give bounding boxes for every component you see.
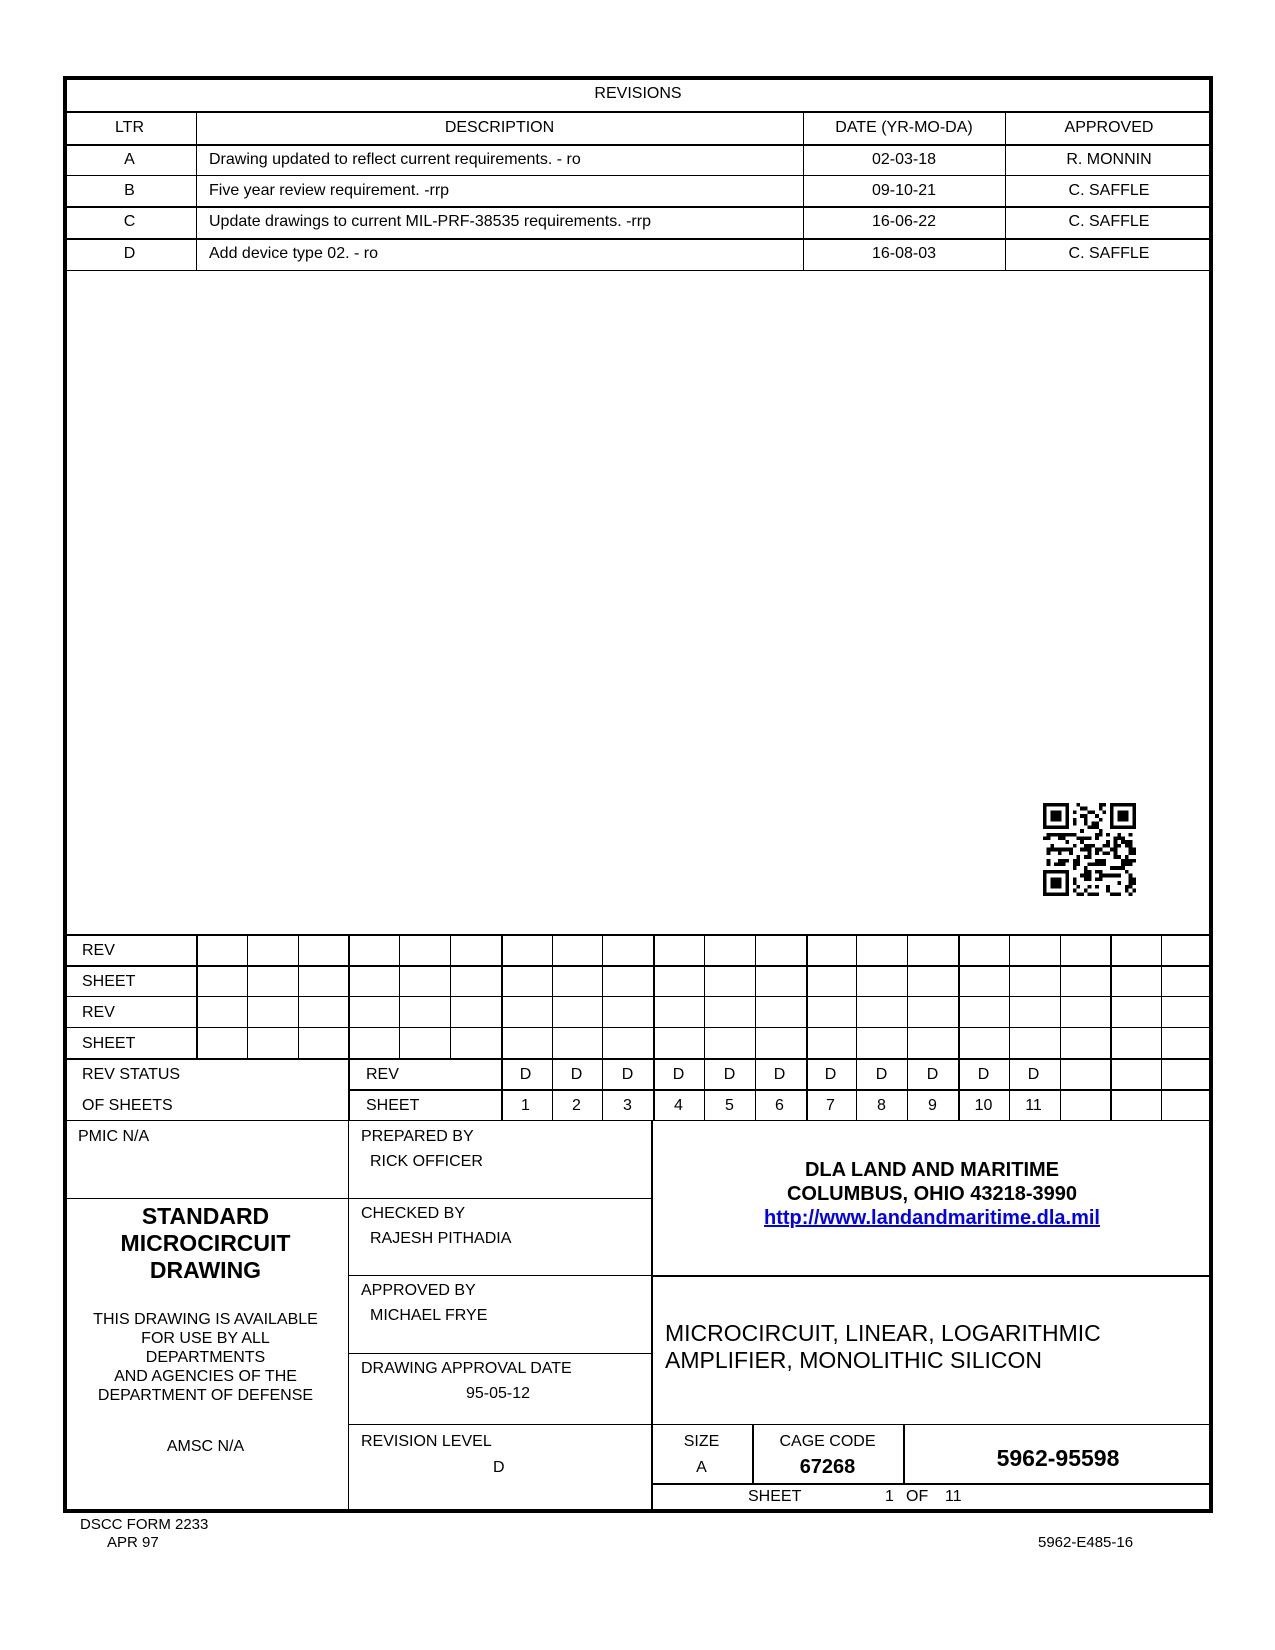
rev-status-label: REV STATUS	[82, 1066, 180, 1084]
status-rev-cell: D	[500, 1066, 551, 1084]
revision-date: 16-08-03	[803, 245, 1005, 263]
revision-description: Five year review requirement. -rrp	[209, 182, 449, 200]
drawing-number: 5962-95598	[903, 1445, 1213, 1471]
revision-letter: A	[63, 151, 196, 169]
agency-block: DLA LAND AND MARITIME COLUMBUS, OHIO 432…	[651, 1158, 1213, 1230]
document-id: 5962-E485-16	[1038, 1534, 1133, 1552]
header-ltr: LTR	[63, 119, 196, 137]
grid-row-label: REV	[82, 942, 115, 960]
revision-level: D	[493, 1459, 505, 1477]
revision-approver: R. MONNIN	[1005, 151, 1213, 169]
status-sheet-cell: 9	[907, 1097, 958, 1115]
revision-date: 16-06-22	[803, 213, 1005, 231]
status-sheet-cell: 7	[805, 1097, 856, 1115]
drawing-title: MICROCIRCUIT, LINEAR, LOGARITHMIC AMPLIF…	[665, 1320, 1101, 1374]
status-rev-label: REV	[366, 1066, 399, 1084]
prepared-by: RICK OFFICER	[370, 1153, 483, 1171]
revision-description: Add device type 02. - ro	[209, 245, 378, 263]
revisions-title: REVISIONS	[63, 85, 1213, 103]
header-date: DATE (YR-MO-DA)	[803, 119, 1005, 137]
status-rev-cell: D	[602, 1066, 653, 1084]
grid-row-label: SHEET	[82, 973, 135, 991]
of-label: OF	[906, 1488, 928, 1506]
drawing-frame	[63, 76, 1213, 1513]
status-sheet-cell: 6	[754, 1097, 805, 1115]
status-rev-cell: D	[856, 1066, 907, 1084]
standard-microcircuit-drawing: STANDARD MICROCIRCUIT DRAWING	[63, 1203, 348, 1284]
revision-date: 09-10-21	[803, 182, 1005, 200]
revision-approver: C. SAFFLE	[1005, 182, 1213, 200]
form-date: APR 97	[107, 1534, 159, 1552]
revision-approver: C. SAFFLE	[1005, 245, 1213, 263]
status-sheet-label: SHEET	[366, 1097, 419, 1115]
approval-date: 95-05-12	[466, 1385, 530, 1403]
status-rev-cell: D	[704, 1066, 755, 1084]
cage-code-label: CAGE CODE	[752, 1433, 903, 1451]
availability-statement: THIS DRAWING IS AVAILABLE FOR USE BY ALL…	[63, 1310, 348, 1405]
status-rev-cell: D	[754, 1066, 805, 1084]
approved-by-label: APPROVED BY	[361, 1282, 476, 1300]
status-sheet-cell: 4	[653, 1097, 704, 1115]
status-rev-cell: D	[958, 1066, 1009, 1084]
status-sheet-cell: 5	[704, 1097, 755, 1115]
grid-row-label: REV	[82, 1004, 115, 1022]
revision-description: Drawing updated to reflect current requi…	[209, 151, 581, 169]
agency-name: DLA LAND AND MARITIME	[651, 1158, 1213, 1182]
status-sheet-cell: 2	[551, 1097, 602, 1115]
sheet-number: 1	[885, 1488, 894, 1506]
status-rev-cell: D	[907, 1066, 958, 1084]
cage-code: 67268	[752, 1456, 903, 1478]
sheet-total: 11	[945, 1488, 962, 1506]
checked-by: RAJESH PITHADIA	[370, 1230, 511, 1248]
pmic: PMIC N/A	[78, 1128, 149, 1146]
form-number: DSCC FORM 2233	[80, 1516, 208, 1534]
approval-date-label: DRAWING APPROVAL DATE	[361, 1360, 572, 1378]
status-sheet-cell: 1	[500, 1097, 551, 1115]
status-sheet-cell: 10	[958, 1097, 1009, 1115]
checked-by-label: CHECKED BY	[361, 1205, 465, 1223]
qr-code-icon	[1043, 803, 1136, 896]
revision-letter: B	[63, 182, 196, 200]
status-rev-cell: D	[551, 1066, 602, 1084]
sheet-label: SHEET	[748, 1488, 801, 1506]
status-sheet-cell: 8	[856, 1097, 907, 1115]
of-sheets-label: OF SHEETS	[82, 1097, 173, 1115]
agency-url-link[interactable]: http://www.landandmaritime.dla.mil	[764, 1207, 1100, 1229]
agency-address: COLUMBUS, OHIO 43218-3990	[651, 1182, 1213, 1206]
revision-approver: C. SAFFLE	[1005, 213, 1213, 231]
status-sheet-cell: 11	[1008, 1097, 1059, 1115]
size-value: A	[651, 1459, 752, 1477]
header-approved: APPROVED	[1005, 119, 1213, 137]
approved-by: MICHAEL FRYE	[370, 1307, 487, 1325]
revision-letter: C	[63, 213, 196, 231]
revision-level-label: REVISION LEVEL	[361, 1433, 492, 1451]
revision-letter: D	[63, 245, 196, 263]
revision-date: 02-03-18	[803, 151, 1005, 169]
grid-row-label: SHEET	[82, 1035, 135, 1053]
prepared-by-label: PREPARED BY	[361, 1128, 474, 1146]
revision-description: Update drawings to current MIL-PRF-38535…	[209, 213, 651, 231]
status-rev-cell: D	[653, 1066, 704, 1084]
amsc: AMSC N/A	[63, 1438, 348, 1456]
size-label: SIZE	[651, 1433, 752, 1451]
status-rev-cell: D	[1008, 1066, 1059, 1084]
status-rev-cell: D	[805, 1066, 856, 1084]
header-description: DESCRIPTION	[196, 119, 803, 137]
status-sheet-cell: 3	[602, 1097, 653, 1115]
